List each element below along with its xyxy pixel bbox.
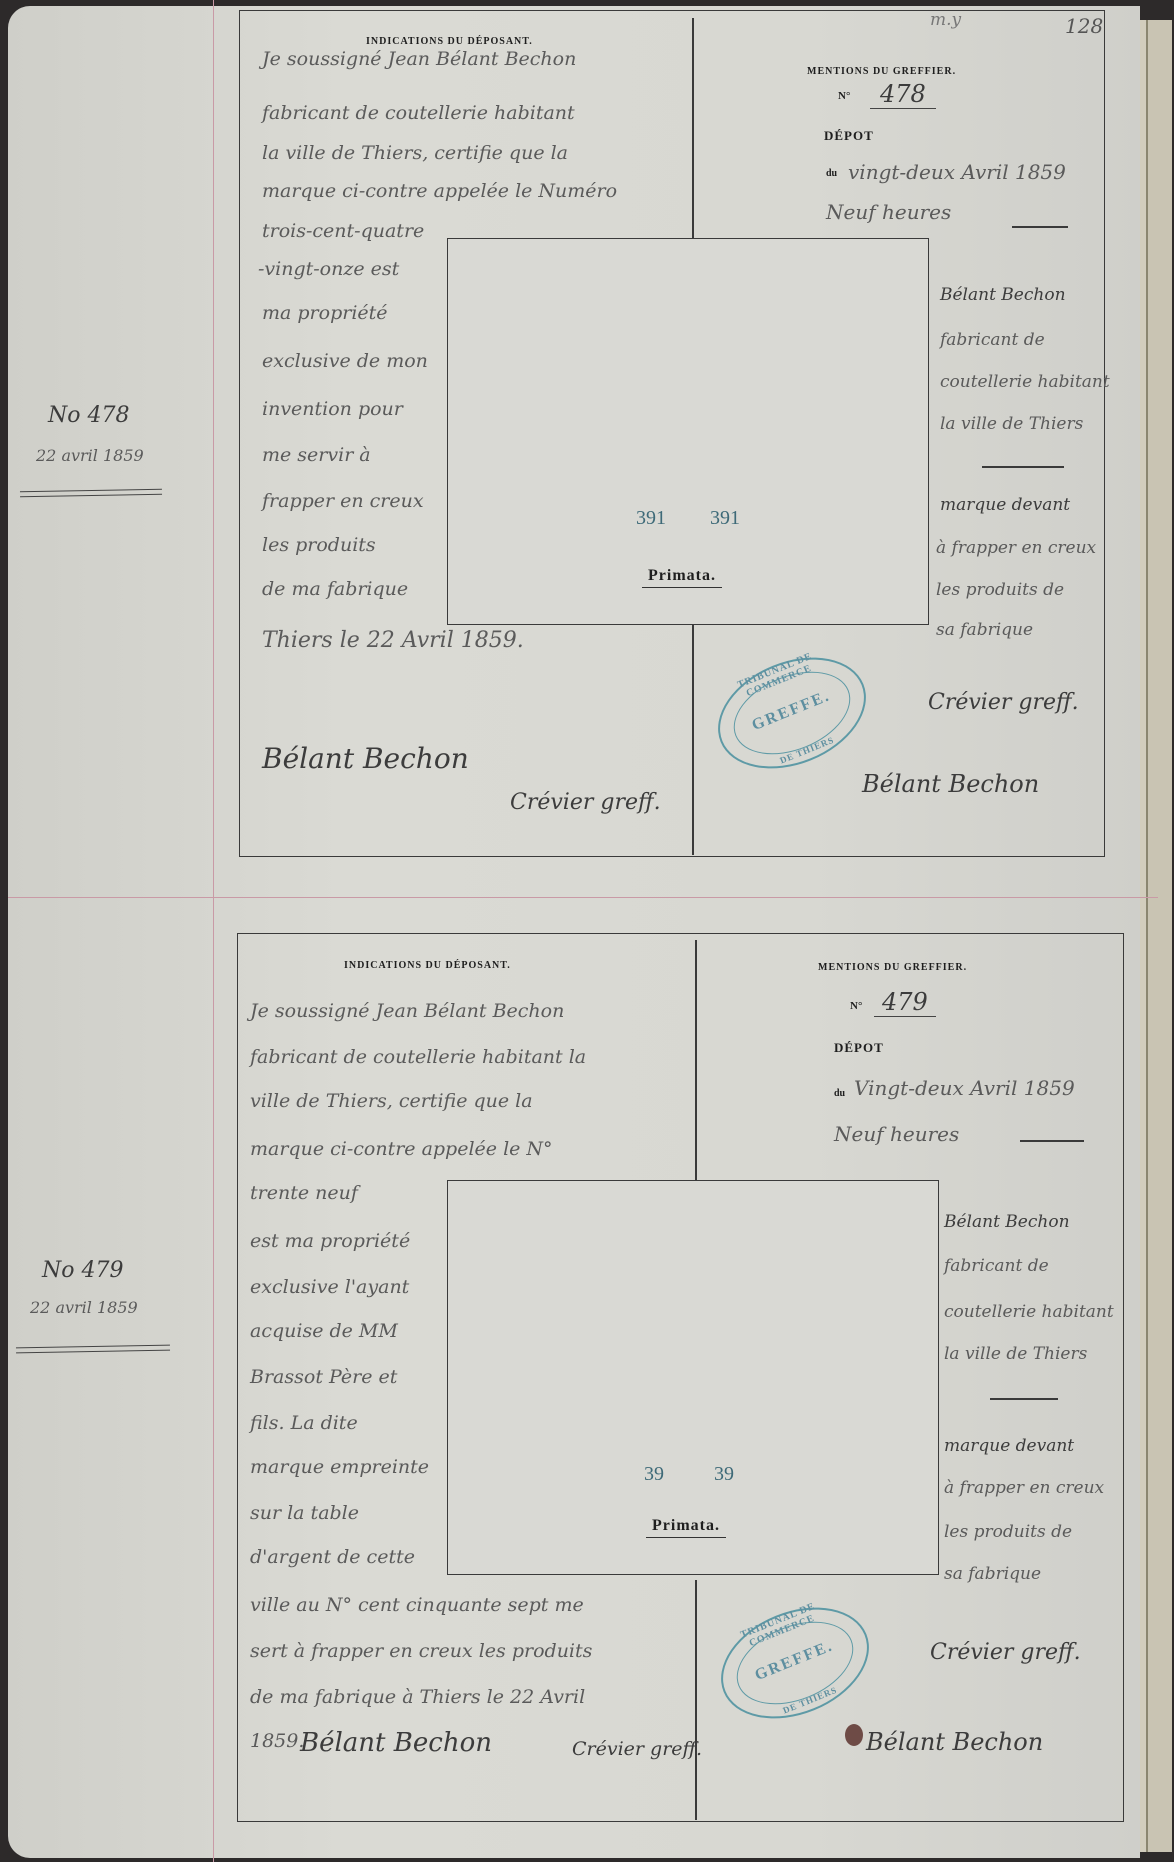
mark-number: 39 — [644, 1463, 664, 1486]
note-line: Bélant Bechon — [940, 285, 1066, 305]
note-line: la ville de Thiers — [940, 414, 1083, 434]
margin-entry-date: 22 avril 1859 — [30, 1298, 138, 1317]
du-label: du — [834, 1088, 845, 1099]
depot-label: DÉPOT — [834, 1040, 884, 1056]
declaration-line: acquise de MM — [250, 1320, 398, 1342]
depositor-header: INDICATIONS DU DÉPOSANT. — [366, 36, 533, 47]
deposit-time: Neuf heures — [826, 200, 951, 224]
rule — [1012, 226, 1068, 228]
declaration-line: -vingt-onze est — [258, 258, 399, 280]
declaration-line: exclusive l'ayant — [250, 1276, 409, 1298]
registry-number: 478 — [870, 80, 936, 109]
note-line: les produits de — [944, 1522, 1072, 1542]
declaration-line: Je soussigné Jean Bélant Bechon — [262, 48, 576, 70]
column-divider — [692, 625, 694, 855]
registry-number: 479 — [874, 988, 936, 1017]
declaration-line: d'argent de cette — [250, 1546, 415, 1568]
declaration-line: fils. La dite — [250, 1412, 358, 1434]
note-line: marque devant — [940, 495, 1070, 515]
declaration-line: exclusive de mon — [262, 350, 428, 372]
mark-name: Primata. — [642, 567, 722, 588]
declaration-line: Brassot Père et — [250, 1366, 397, 1388]
declaration-line: ma propriété — [262, 302, 388, 324]
declaration-line: ville au N° cent cinquante sept me — [250, 1594, 584, 1616]
clerk-signature-right: Crévier greff. — [928, 690, 1079, 715]
clerk-signature: Crévier greff. — [510, 790, 661, 815]
margin-entry-number: No 479 — [42, 1258, 123, 1283]
note-line: coutellerie habitant — [944, 1302, 1114, 1322]
column-divider — [695, 1580, 697, 1820]
note-line: à frapper en creux — [944, 1478, 1104, 1498]
note-line: la ville de Thiers — [944, 1344, 1087, 1364]
rule — [990, 1398, 1058, 1400]
clerk-signature-right: Crévier greff. — [930, 1640, 1081, 1665]
note-line: fabricant de — [944, 1256, 1049, 1276]
declaration-line: marque ci-contre appelée le N° — [250, 1138, 553, 1160]
depositor-header: INDICATIONS DU DÉPOSANT. — [344, 960, 511, 971]
registry-number-label: N° — [838, 90, 850, 102]
page-stack-edge — [1146, 20, 1172, 1852]
margin-entry-number: No 478 — [48, 403, 129, 428]
note-line: Bélant Bechon — [944, 1212, 1070, 1232]
mark-number: 391 — [710, 507, 740, 530]
deposit-date: vingt-deux Avril 1859 — [848, 160, 1066, 184]
note-line: à frapper en creux — [936, 538, 1096, 558]
depositor-signature: Bélant Bechon — [300, 1728, 492, 1758]
declaration-line: de ma fabrique à Thiers le 22 Avril — [250, 1686, 585, 1708]
declaration-line: 1859. — [250, 1730, 304, 1752]
declaration-line: Je soussigné Jean Bélant Bechon — [250, 1000, 564, 1022]
column-divider — [695, 940, 697, 1180]
note-line: fabricant de — [940, 330, 1045, 350]
declaration-line: invention pour — [262, 398, 403, 420]
depositor-signature-right: Bélant Bechon — [862, 770, 1039, 798]
declaration-line: la ville de Thiers, certifie que la — [262, 142, 568, 164]
mark-name: Primata. — [646, 1517, 726, 1538]
column-divider — [692, 18, 694, 238]
rule — [982, 466, 1064, 468]
note-line: les produits de — [936, 580, 1064, 600]
depot-label: DÉPOT — [824, 128, 874, 144]
declaration-line: est ma propriété — [250, 1230, 410, 1252]
declaration-line: marque ci-contre appelée le Numéro — [262, 180, 617, 202]
declaration-line: trois-cent-quatre — [262, 220, 424, 242]
clerk-header: MENTIONS DU GREFFIER. — [807, 66, 956, 77]
depositor-signature-right: Bélant Bechon — [866, 1728, 1043, 1756]
ink-blot — [845, 1724, 863, 1746]
margin-line-vertical — [213, 0, 214, 1862]
du-label: du — [826, 168, 837, 179]
note-line: sa fabrique — [936, 620, 1033, 640]
declaration-line: de ma fabrique — [262, 578, 408, 600]
declaration-line: Thiers le 22 Avril 1859. — [262, 628, 524, 653]
clerk-header: MENTIONS DU GREFFIER. — [818, 962, 967, 973]
note-line: marque devant — [944, 1436, 1074, 1456]
deposit-time: Neuf heures — [834, 1122, 959, 1146]
deposit-date: Vingt-deux Avril 1859 — [854, 1076, 1075, 1100]
note-line: sa fabrique — [944, 1564, 1041, 1584]
declaration-line: les produits — [262, 534, 376, 556]
declaration-line: sert à frapper en creux les produits — [250, 1640, 592, 1662]
declaration-line: me servir à — [262, 444, 371, 466]
margin-entry-date: 22 avril 1859 — [36, 446, 144, 465]
registry-number-label: N° — [850, 1000, 862, 1012]
trademark-box: 391 391 Primata. — [447, 238, 929, 625]
margin-line-horizontal — [8, 897, 1158, 898]
note-line: coutellerie habitant — [940, 372, 1110, 392]
declaration-line: trente neuf — [250, 1182, 358, 1204]
rule — [1020, 1140, 1084, 1142]
declaration-line: marque empreinte — [250, 1456, 429, 1478]
mark-number: 39 — [714, 1463, 734, 1486]
trademark-box: 39 39 Primata. — [447, 1180, 939, 1575]
declaration-line: sur la table — [250, 1502, 359, 1524]
declaration-line: fabricant de coutellerie habitant la — [250, 1046, 586, 1068]
mark-number: 391 — [636, 507, 666, 530]
depositor-signature: Bélant Bechon — [262, 742, 469, 775]
declaration-line: fabricant de coutellerie habitant — [262, 102, 575, 124]
clerk-signature: Crévier greff. — [572, 1738, 702, 1760]
declaration-line: ville de Thiers, certifie que la — [250, 1090, 533, 1112]
declaration-line: frapper en creux — [262, 490, 424, 512]
